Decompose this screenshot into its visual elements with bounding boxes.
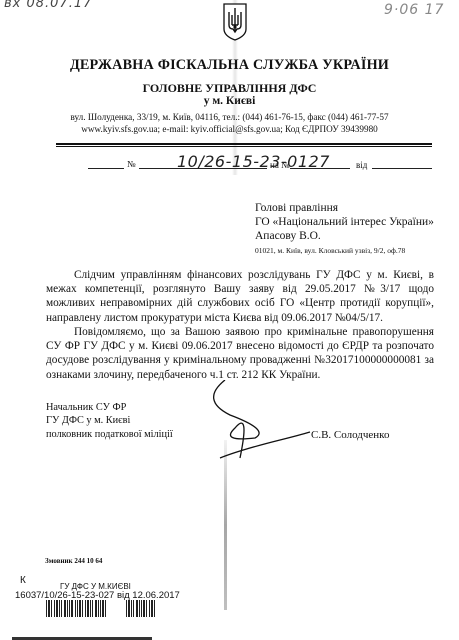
number-label: № xyxy=(127,159,136,169)
agency-name: ДЕРЖАВНА ФІСКАЛЬНА СЛУЖБА УКРАЇНИ xyxy=(0,57,459,74)
barcode-right xyxy=(126,600,162,617)
recipient-name: Апасову В.О. xyxy=(255,230,321,242)
handwritten-date-note: 9·06 17 xyxy=(384,2,444,18)
signatory-rank: полковник податкової міліції xyxy=(46,429,173,440)
trident-emblem-icon xyxy=(222,3,248,41)
date-blank-line xyxy=(88,168,124,169)
letterhead-address: вул. Шолуденка, 33/19, м. Київ, 04116, т… xyxy=(0,112,459,122)
department-name: ГОЛОВНЕ УПРАВЛІННЯ ДФС xyxy=(0,81,459,96)
date-label: від xyxy=(356,160,367,170)
handwritten-outgoing-number: 10/26-15-23-0127 xyxy=(177,152,330,171)
executor-note: Змовник 244 10 64 xyxy=(45,557,102,565)
department-city: у м. Києві xyxy=(0,95,459,107)
handwritten-signature-icon xyxy=(160,380,400,460)
signatory-office: ГУ ДФС у м. Києві xyxy=(46,415,130,426)
recipient-address: 01021, м. Київ, вул. Кловський узвіз, 9/… xyxy=(255,246,405,255)
letterhead-divider xyxy=(56,143,432,145)
letterhead-contacts: www.kyiv.sfs.gov.ua; e-mail: kyiv.offici… xyxy=(0,124,459,134)
scan-edge-mark xyxy=(224,440,227,610)
recipient-organization: ГО «Національний інтерес України» xyxy=(255,216,434,228)
body-paragraph-1: Слідчим управлінням фінансових розслідув… xyxy=(46,268,434,325)
date-blank-line-right xyxy=(372,168,432,169)
handwritten-receipt-note: вх 08.07.17 xyxy=(4,0,92,11)
stamp-letter: К xyxy=(20,575,26,586)
signatory-position: Начальник СУ ФР xyxy=(46,402,126,413)
signatory-name: С.В. Солодченко xyxy=(311,429,389,441)
barcode-left xyxy=(46,600,118,617)
body-paragraph-2: Повідомляємо, що за Вашою заявою про кри… xyxy=(46,325,434,382)
recipient-title: Голові правління xyxy=(255,202,338,214)
letterhead-divider-thin xyxy=(56,146,432,147)
